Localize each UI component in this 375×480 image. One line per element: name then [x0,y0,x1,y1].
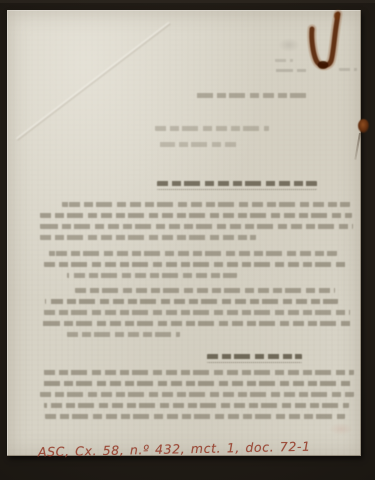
typewritten-line [275,58,293,62]
typewritten-line [40,223,353,229]
grey-smudge [278,38,300,52]
archival-reference-annotation: ASC, Cx. 58, n.º 432, mct. 1, doc. 72-1 [38,440,263,460]
typewritten-line [49,250,337,256]
paperclip-rust-stain [302,7,344,73]
typewritten-line [195,92,309,98]
typewritten-line [40,212,352,218]
underlined-heading-line [207,354,302,363]
typewritten-line [45,413,345,419]
rust-spot [358,119,369,133]
typewritten-line [40,391,354,397]
typewritten-line [155,125,269,131]
typewritten-line [42,320,353,326]
typewritten-line [44,261,349,267]
typewritten-line [44,402,349,408]
typewritten-line [42,380,352,386]
fold-crease [16,22,171,141]
letter-page: ASC, Cx. 58, n.º 432, mct. 1, doc. 72-1 [7,10,361,456]
typewritten-line [40,234,256,240]
scanner-background: ASC, Cx. 58, n.º 432, mct. 1, doc. 72-1 [0,0,375,480]
typewritten-line [62,201,350,207]
underlined-heading-line [157,181,317,190]
typewritten-line [45,298,338,304]
typewritten-line [44,369,354,375]
scratch-mark [354,133,361,160]
pink-smudge [329,423,353,435]
typewritten-line [44,309,350,315]
typewritten-line [67,272,237,278]
typewritten-line [67,331,180,337]
typewritten-line [75,287,335,293]
typewritten-line [157,141,237,147]
